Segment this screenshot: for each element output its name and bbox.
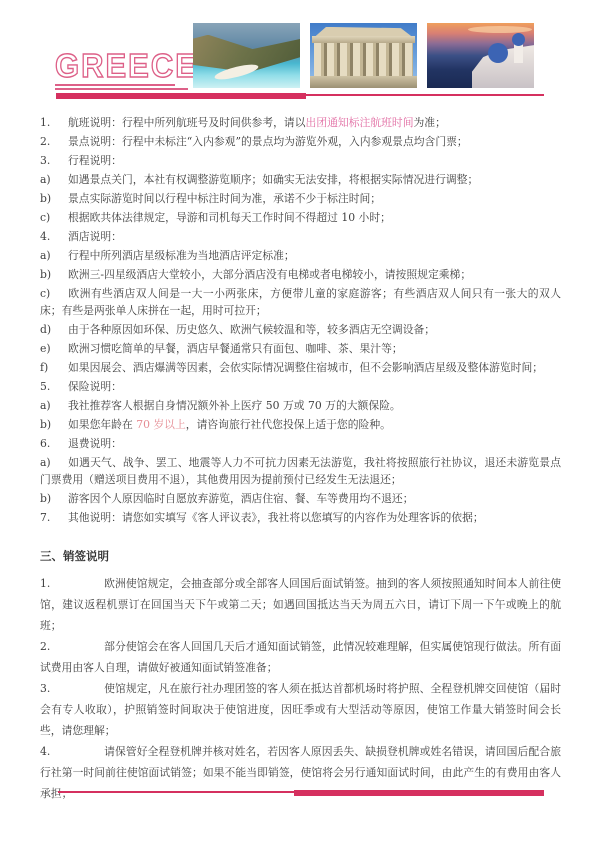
list-item: c)欧洲有些酒店双人间是一大一小两张床，方便带儿童的家庭游客；有些酒店双人间只有… [40, 285, 561, 319]
item-text: 部分使馆会在客人回国几天后才通知面试销签，此情况较难理解，但实属使馆现行做法。所… [40, 640, 561, 674]
list-item: 1.航班说明：行程中所列航班号及时间供参考，请以出团通知标注航班时间为准； [40, 114, 561, 131]
section-title-visa-cancellation: 三、销签说明 [40, 548, 561, 565]
footer-rule-thin [58, 791, 294, 793]
item-text: 欧洲有些酒店双人间是一大一小两张床，方便带儿童的家庭游客；有些酒店双人间只有一张… [40, 287, 561, 317]
list-item: 2.景点说明：行程中未标注“入内参观”的景点均为游览外观，入内参观景点均含门票； [40, 133, 561, 150]
item-marker: b) [40, 490, 68, 507]
list-item: b)欧洲三-四星级酒店大堂较小，大部分酒店没有电梯或者电梯较小，请按照规定乘梯； [40, 266, 561, 283]
item-text: 由于各种原因如环保、历史悠久、欧洲气候较温和等，较多酒店无空调设备； [68, 323, 435, 336]
item-marker: 4. [40, 228, 68, 245]
list-item: a)如遇天气、战争、罢工、地震等人力不可抗力因素无法游览，我社将按照旅行社协议，… [40, 454, 561, 488]
santorini-photo [427, 23, 534, 88]
list-item: 2.部分使馆会在客人回国几天后才通知面试销签，此情况较难理解，但实属使馆现行做法… [40, 636, 561, 678]
item-marker: b) [40, 266, 68, 283]
item-text: 保险说明： [68, 380, 122, 393]
item-text: 行程说明： [68, 154, 122, 167]
item-text: 如遇天气、战争、罢工、地震等人力不可抗力因素无法游览，我社将按照旅行社协议，退还… [40, 456, 561, 486]
item-text: 根据欧共体法律规定，导游和司机每天工作时间不得超过 10 小时； [68, 211, 391, 224]
item-text: 游客因个人原因临时自愿放弃游览，酒店住宿、餐、车等费用均不退还； [68, 492, 414, 505]
list-item: e)欧洲习惯吃简单的早餐，酒店早餐通常只有面包、咖啡、茶、果汁等； [40, 340, 561, 357]
item-marker: 1. [40, 114, 68, 131]
list-item: 5.保险说明： [40, 378, 561, 395]
item-marker: f) [40, 359, 68, 376]
item-marker: 3. [40, 678, 104, 699]
item-marker: a) [40, 171, 68, 188]
item-text: 如果因展会、酒店爆满等因素，会依实际情况调整住宿城市，但不会影响酒店星级及整体游… [68, 361, 543, 374]
item-marker: 3. [40, 152, 68, 169]
document-body: 1.航班说明：行程中所列航班号及时间供参考，请以出团通知标注航班时间为准； 2.… [40, 114, 561, 804]
item-marker: c) [40, 285, 68, 302]
highlighted-text: 出团通知标注航班时间 [306, 116, 414, 129]
item-marker: 4. [40, 741, 104, 762]
list-item: 1.欧洲使馆规定，会抽查部分或全部客人回国后面试销签。抽到的客人须按照通知时间本… [40, 573, 561, 636]
list-item: a)我社推荐客人根据自身情况额外补上医疗 50 万或 70 万的大额保险。 [40, 397, 561, 414]
item-text: ，请咨询旅行社代您投保上适于您的险种。 [186, 418, 391, 431]
item-text: 退费说明： [68, 437, 122, 450]
item-text: 航班说明：行程中所列航班号及时间供参考，请以 [68, 116, 306, 129]
item-text: 我社推荐客人根据自身情况额外补上医疗 50 万或 70 万的大额保险。 [68, 399, 401, 412]
item-text: 其他说明：请您如实填写《客人评议表》，我社将以您填写的内容作为处理客诉的依据； [68, 511, 484, 524]
photo-steps-shape [310, 76, 417, 88]
item-marker: 1. [40, 573, 104, 594]
item-marker: 2. [40, 133, 68, 150]
item-marker: c) [40, 209, 68, 226]
visa-cancellation-section: 1.欧洲使馆规定，会抽查部分或全部客人回国后面试销签。抽到的客人须按照通知时间本… [40, 573, 561, 804]
item-marker: a) [40, 247, 68, 264]
logo-underline [55, 84, 175, 86]
item-marker: d) [40, 321, 68, 338]
item-text: 使馆规定，凡在旅行社办理团签的客人须在抵达首都机场时将护照、全程登机牌交回使馆（… [40, 682, 561, 737]
navagio-beach-photo [193, 23, 300, 88]
header-rule-thick [56, 93, 306, 99]
list-item: 4.酒店说明： [40, 228, 561, 245]
list-item: 3.行程说明： [40, 152, 561, 169]
photo-cloud-shape [468, 26, 532, 33]
item-marker: b) [40, 416, 68, 433]
footer-rule-thick [294, 790, 544, 796]
list-item: 6.退费说明： [40, 435, 561, 452]
list-item: d)由于各种原因如环保、历史悠久、欧洲气候较温和等，较多酒店无空调设备； [40, 321, 561, 338]
item-text: 欧洲习惯吃简单的早餐，酒店早餐通常只有面包、咖啡、茶、果汁等； [68, 342, 403, 355]
item-marker: 5. [40, 378, 68, 395]
item-text: 景点说明：行程中未标注“入内参观”的景点均为游览外观，入内参观景点均含门票； [68, 135, 468, 148]
photo-blue-dome-small-shape [512, 33, 525, 46]
item-text: 景点实际游览时间以行程中标注时间为准，承诺不少于标注时间； [68, 192, 381, 205]
item-marker: b) [40, 190, 68, 207]
list-item: 7.其他说明：请您如实填写《客人评议表》，我社将以您填写的内容作为处理客诉的依据… [40, 509, 561, 526]
item-text: 如果您年龄在 [68, 418, 136, 431]
photo-columns-shape [314, 43, 412, 77]
list-item: 3.使馆规定，凡在旅行社办理团签的客人须在抵达首都机场时将护照、全程登机牌交回使… [40, 678, 561, 741]
item-marker: 7. [40, 509, 68, 526]
item-text: 酒店说明： [68, 230, 122, 243]
header-rule-thin [306, 94, 544, 96]
item-marker: 6. [40, 435, 68, 452]
item-text: 行程中所列酒店星级标准为当地酒店评定标准； [68, 249, 295, 262]
highlighted-age-text: 70 岁以上 [136, 418, 186, 431]
list-item: a)行程中所列酒店星级标准为当地酒店评定标准； [40, 247, 561, 264]
parthenon-photo [310, 23, 417, 88]
list-item: a)如遇景点关门，本社有权调整游览顺序；如确实无法安排，将根据实际情况进行调整； [40, 171, 561, 188]
document-page: GREECE 1.航班说明：行程中所列航班号及时间供参考，请以出团通知标注航班时… [0, 0, 600, 848]
list-item: b)如果您年龄在 70 岁以上，请咨询旅行社代您投保上适于您的险种。 [40, 416, 561, 433]
item-text: 为准； [414, 116, 446, 129]
list-item: c)根据欧共体法律规定，导游和司机每天工作时间不得超过 10 小时； [40, 209, 561, 226]
item-marker: 2. [40, 636, 104, 657]
list-item: b)景点实际游览时间以行程中标注时间为准，承诺不少于标注时间； [40, 190, 561, 207]
item-marker: e) [40, 340, 68, 357]
item-marker: a) [40, 397, 68, 414]
list-item: f)如果因展会、酒店爆满等因素，会依实际情况调整住宿城市，但不会影响酒店星级及整… [40, 359, 561, 376]
photo-blue-dome-shape [488, 43, 508, 63]
logo-underline-2 [55, 88, 188, 90]
list-item: b)游客因个人原因临时自愿放弃游览，酒店住宿、餐、车等费用均不退还； [40, 490, 561, 507]
item-text: 欧洲使馆规定，会抽查部分或全部客人回国后面试销签。抽到的客人须按照通知时间本人前… [40, 577, 561, 632]
greece-logo: GREECE [55, 49, 198, 82]
item-text: 如遇景点关门，本社有权调整游览顺序；如确实无法安排，将根据实际情况进行调整； [68, 173, 478, 186]
item-text: 欧洲三-四星级酒店大堂较小，大部分酒店没有电梯或者电梯较小，请按照规定乘梯； [68, 268, 471, 281]
item-marker: a) [40, 454, 68, 471]
